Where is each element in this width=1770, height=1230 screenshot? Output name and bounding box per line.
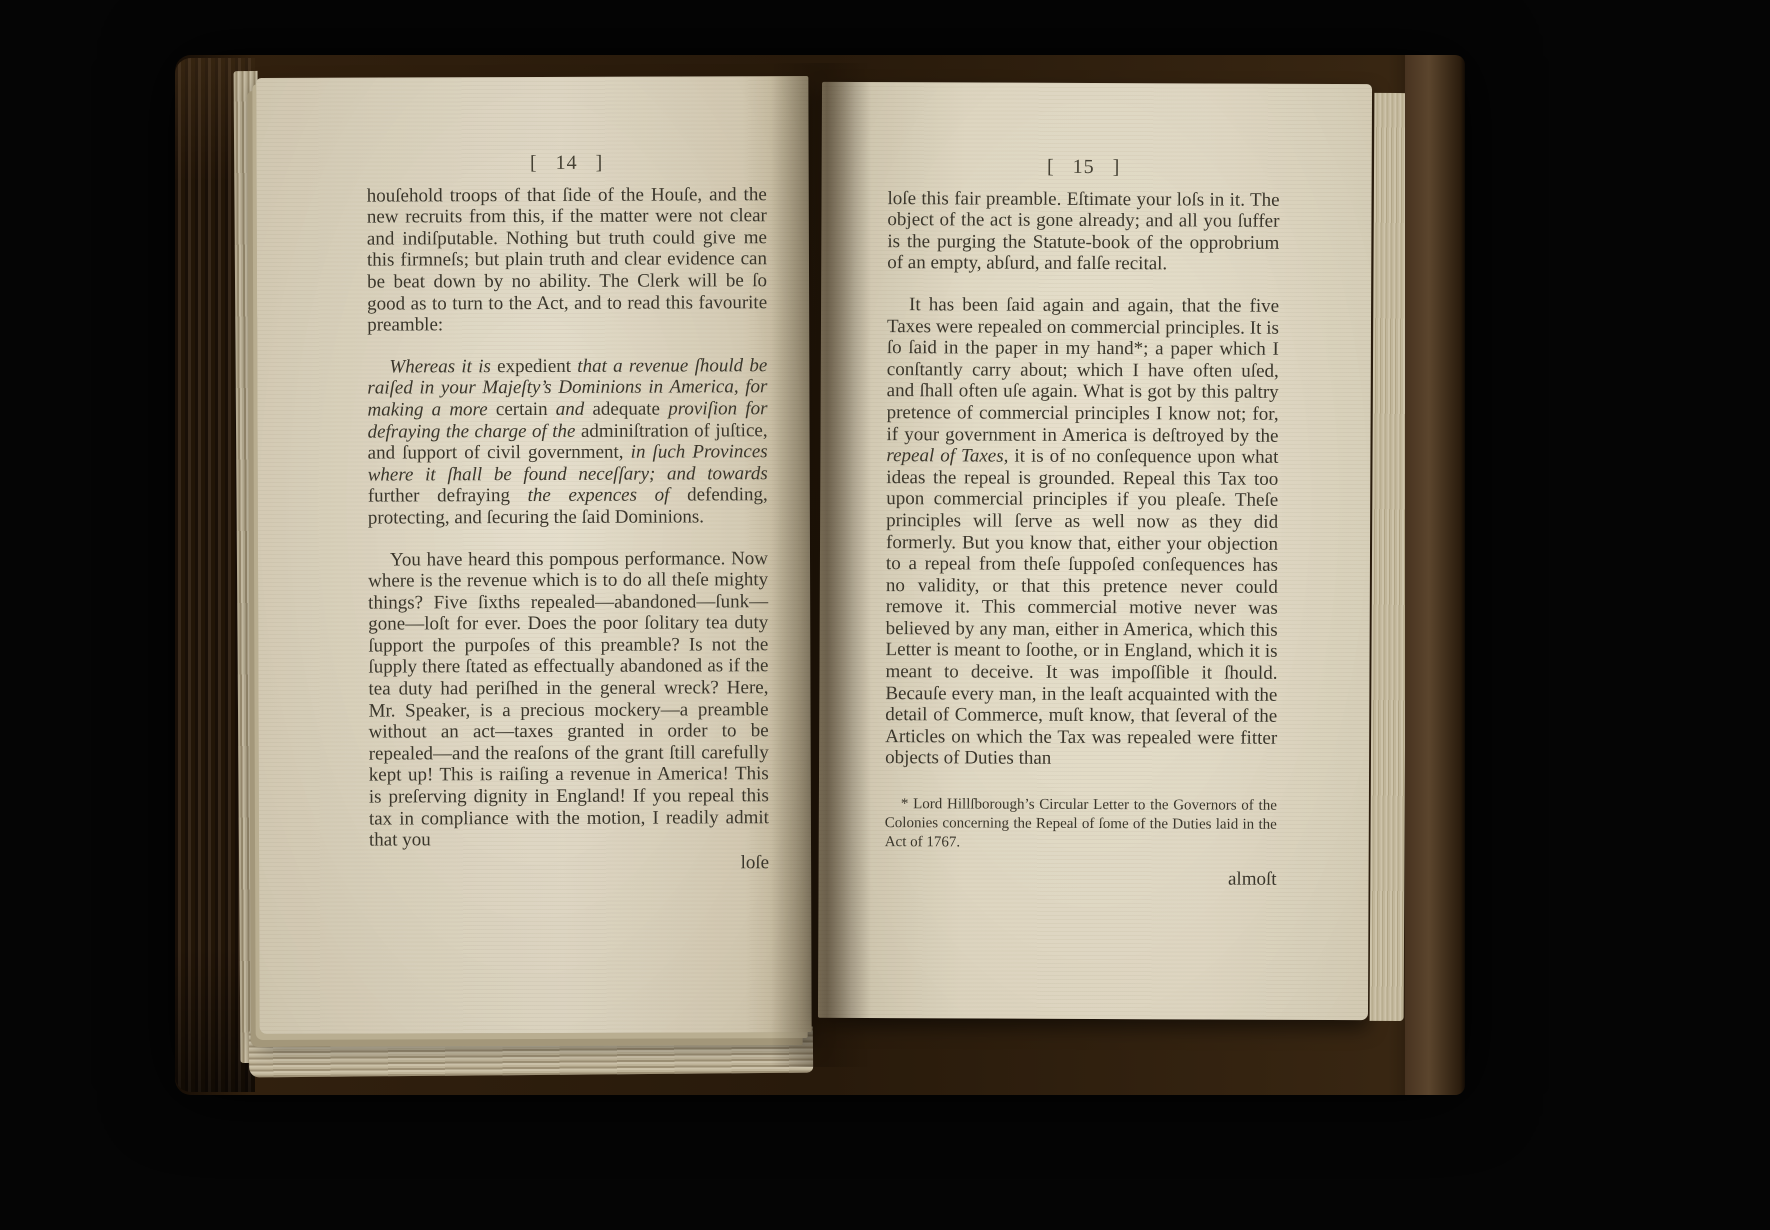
text-segment: loſe this fair preamble. Eſtimate your l… xyxy=(887,188,1279,275)
left-page-text: [ 14 ] houſehold troops of that ſide of … xyxy=(367,152,770,875)
paragraph: loſe this fair preamble. Eſtimate your l… xyxy=(887,188,1279,276)
text-segment: adequate xyxy=(592,398,668,419)
italic-text-segment: and xyxy=(556,399,593,420)
right-page-text: [ 15 ] loſe this fair preamble. Eſtimate… xyxy=(885,156,1280,890)
text-segment: further defraying xyxy=(368,485,528,507)
italic-text-segment: Whereas it is xyxy=(389,356,497,377)
footnote: * Lord Hillſborough’s Circular Letter to… xyxy=(885,795,1277,854)
right-catchword: almoſt xyxy=(885,867,1277,890)
right-page-paragraphs: loſe this fair preamble. Eſtimate your l… xyxy=(885,188,1280,771)
book-cover-leather xyxy=(1405,55,1465,1095)
left-page: [ 14 ] houſehold troops of that ſide of … xyxy=(256,76,811,1034)
right-page: [ 15 ] loſe this fair preamble. Eſtimate… xyxy=(818,82,1372,1020)
text-segment: certain xyxy=(496,399,556,420)
left-page-number: [ 14 ] xyxy=(367,152,767,175)
text-segment: houſehold troops of that ſide of the Hou… xyxy=(367,184,767,336)
italic-text-segment: repeal of Taxes, xyxy=(886,445,1014,467)
paragraph: houſehold troops of that ſide of the Hou… xyxy=(367,184,768,337)
left-catchword: loſe xyxy=(369,852,769,875)
paragraph: Whereas it is expedient that a revenue ſ… xyxy=(367,355,768,529)
book-photo: [ 14 ] houſehold troops of that ſide of … xyxy=(175,55,1465,1095)
paragraph: It has been ſaid again and again, that t… xyxy=(885,294,1279,771)
text-segment: expedient xyxy=(497,356,577,377)
left-page-paragraphs: houſehold troops of that ſide of the Hou… xyxy=(367,184,769,852)
right-page-number: [ 15 ] xyxy=(888,156,1280,179)
paragraph: You have heard this pompous performance.… xyxy=(368,548,769,852)
italic-text-segment: the expences of xyxy=(528,485,688,507)
text-segment: It has been ſaid again and again, that t… xyxy=(886,294,1279,446)
right-page-block-edges xyxy=(1370,93,1409,1021)
text-segment: it is of no conſequence upon what ideas … xyxy=(885,446,1278,769)
text-segment: You have heard this pompous performance.… xyxy=(368,548,769,851)
bottom-page-stack-edges xyxy=(249,1027,813,1078)
